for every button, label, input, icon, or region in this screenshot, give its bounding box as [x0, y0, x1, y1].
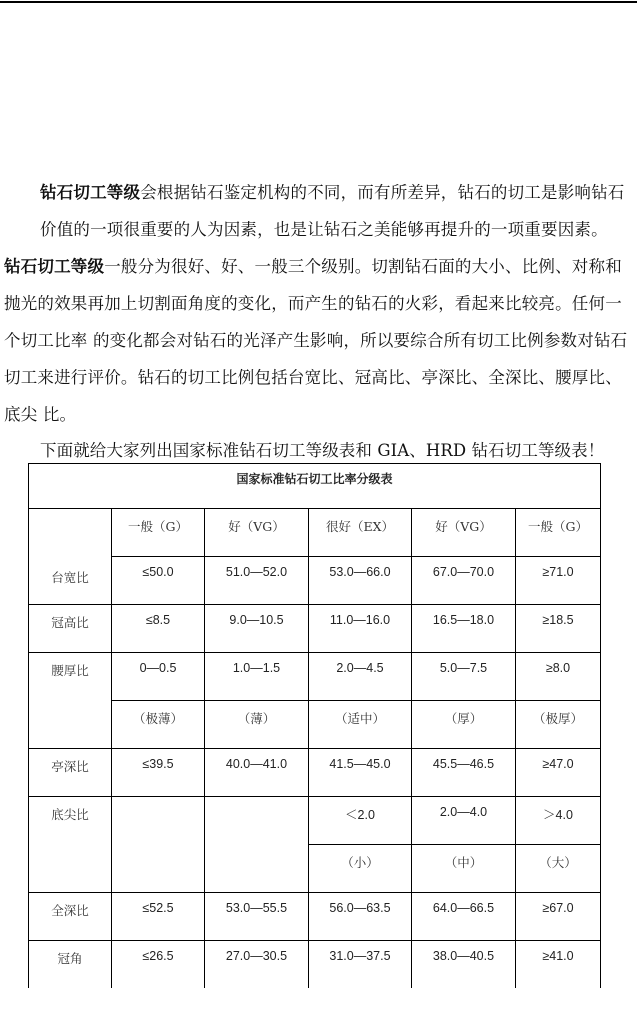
- table-row: 全深比 ≤52.5 53.0—55.5 56.0—63.5 64.0—66.5 …: [29, 893, 601, 941]
- table-cell-note: （薄）: [205, 701, 309, 749]
- table-cell: ≥8.0: [516, 653, 601, 701]
- intro-keyword-2: 钻石切工等级: [4, 257, 104, 276]
- table-cell-note: （小）: [309, 845, 412, 893]
- table-row: 冠角 ≤26.5 27.0—30.5 31.0—37.5 38.0—40.5 ≥…: [29, 941, 601, 989]
- cut-grade-table: 国家标准钻石切工比率分级表 台宽比 一般（G） 好（VG） 很好（EX） 好（V…: [28, 463, 601, 988]
- table-cell: 16.5—18.0: [412, 605, 516, 653]
- table-cell: ≥67.0: [516, 893, 601, 941]
- column-header: 一般（G）: [516, 509, 601, 557]
- table-row: 腰厚比 0—0.5 1.0—1.5 2.0—4.5 5.0—7.5 ≥8.0: [29, 653, 601, 701]
- lead-sentence: 下面就给大家列出国家标准钻石切工等级表和 GIA、HRD 钻石切工等级表！: [40, 437, 637, 461]
- table-cell: ≥41.0: [516, 941, 601, 989]
- table-cell: 27.0—30.5: [205, 941, 309, 989]
- table-cell: ≤39.5: [112, 749, 205, 797]
- table-cell: 1.0—1.5: [205, 653, 309, 701]
- column-header: 一般（G）: [112, 509, 205, 557]
- row-label: 冠角: [29, 941, 112, 989]
- table-cell-note: （大）: [516, 845, 601, 893]
- row-label: 台宽比: [29, 509, 112, 605]
- table-cell: 56.0—63.5: [309, 893, 412, 941]
- table-cell: 0—0.5: [112, 653, 205, 701]
- table-cell: 38.0—40.5: [412, 941, 516, 989]
- table-row: （极薄） （薄） （适中） （厚） （极厚）: [29, 701, 601, 749]
- table-cell-note: （厚）: [412, 701, 516, 749]
- table-cell: ＜2.0: [309, 797, 412, 845]
- page-top-rule: [0, 1, 637, 3]
- table-cell: 45.5—46.5: [412, 749, 516, 797]
- table-cell: ≤50.0: [112, 557, 205, 605]
- table-cell: 41.5—45.0: [309, 749, 412, 797]
- table-cell: 2.0—4.0: [412, 797, 516, 845]
- table-cell: 11.0—16.0: [309, 605, 412, 653]
- row-label: 冠高比: [29, 605, 112, 653]
- table-cell-empty: [112, 797, 205, 893]
- table-cell: 2.0—4.5: [309, 653, 412, 701]
- table-cell: ≤26.5: [112, 941, 205, 989]
- row-label: 亭深比: [29, 749, 112, 797]
- row-label: 腰厚比: [29, 653, 112, 749]
- table-cell-empty: [205, 797, 309, 893]
- table-cell-note: （极厚）: [516, 701, 601, 749]
- table-cell: ≤52.5: [112, 893, 205, 941]
- intro-paragraph-1: 钻石切工等级会根据钻石鉴定机构的不同，而有所差异，钻石的切工是影响钻石价值的一项…: [4, 174, 636, 248]
- row-label: 底尖比: [29, 797, 112, 893]
- table-cell: 40.0—41.0: [205, 749, 309, 797]
- table-cell: ≤8.5: [112, 605, 205, 653]
- intro-text: 钻石切工等级会根据钻石鉴定机构的不同，而有所差异，钻石的切工是影响钻石价值的一项…: [4, 174, 636, 433]
- table-header-row: 台宽比 一般（G） 好（VG） 很好（EX） 好（VG） 一般（G）: [29, 509, 601, 557]
- column-header: 很好（EX）: [309, 509, 412, 557]
- table-cell: 67.0—70.0: [412, 557, 516, 605]
- column-header: 好（VG）: [412, 509, 516, 557]
- row-label: 全深比: [29, 893, 112, 941]
- table-cell: ＞4.0: [516, 797, 601, 845]
- table-cell: 51.0—52.0: [205, 557, 309, 605]
- table-title: 国家标准钻石切工比率分级表: [29, 464, 601, 509]
- table-row: 底尖比 ＜2.0 2.0—4.0 ＞4.0: [29, 797, 601, 845]
- table-cell: ≥47.0: [516, 749, 601, 797]
- intro-keyword-1: 钻石切工等级: [40, 183, 140, 202]
- table-row: ≤50.0 51.0—52.0 53.0—66.0 67.0—70.0 ≥71.…: [29, 557, 601, 605]
- table-cell: 53.0—66.0: [309, 557, 412, 605]
- table-cell: ≥18.5: [516, 605, 601, 653]
- intro-paragraph-2: 钻石切工等级一般分为很好、好、一般三个级别。切割钻石面的大小、比例、对称和抛光的…: [4, 248, 636, 433]
- table-cell-note: （极薄）: [112, 701, 205, 749]
- table-row: 亭深比 ≤39.5 40.0—41.0 41.5—45.0 45.5—46.5 …: [29, 749, 601, 797]
- table-cell-note: （中）: [412, 845, 516, 893]
- column-header: 好（VG）: [205, 509, 309, 557]
- table-cell: 9.0—10.5: [205, 605, 309, 653]
- table-cell: 31.0—37.5: [309, 941, 412, 989]
- table-title-row: 国家标准钻石切工比率分级表: [29, 464, 601, 509]
- table-row: 冠高比 ≤8.5 9.0—10.5 11.0—16.0 16.5—18.0 ≥1…: [29, 605, 601, 653]
- table-cell: 64.0—66.5: [412, 893, 516, 941]
- table-cell-note: （适中）: [309, 701, 412, 749]
- table-cell: 5.0—7.5: [412, 653, 516, 701]
- table-cell: ≥71.0: [516, 557, 601, 605]
- table-cell: 53.0—55.5: [205, 893, 309, 941]
- intro-body-2: 一般分为很好、好、一般三个级别。切割钻石面的大小、比例、对称和抛光的效果再加上切…: [4, 257, 627, 424]
